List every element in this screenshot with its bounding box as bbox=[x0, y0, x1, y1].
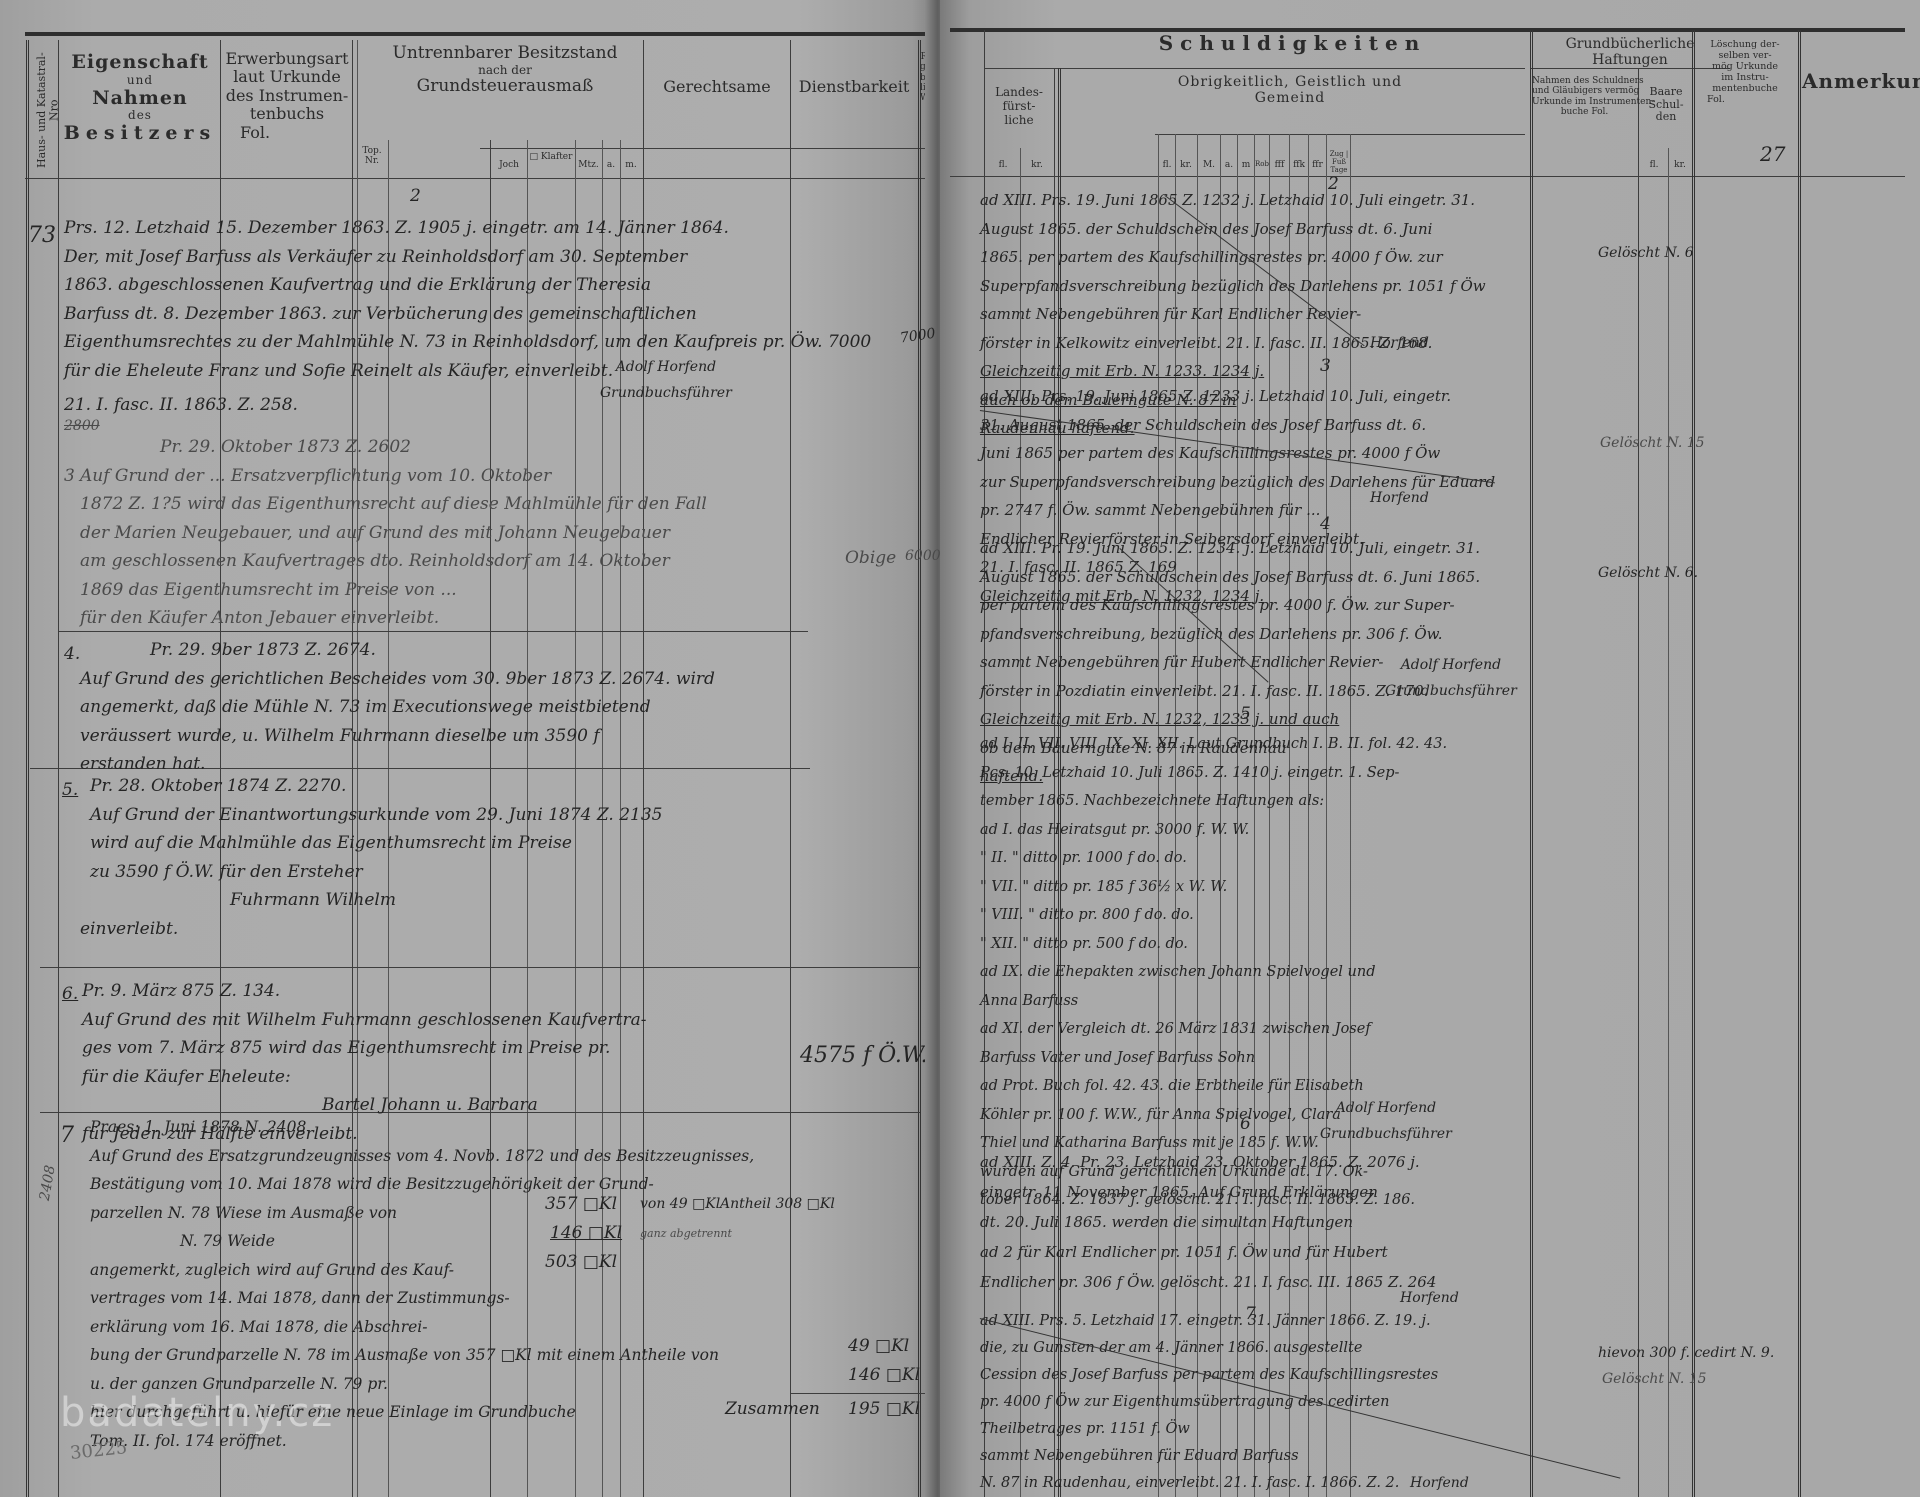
header-debts: Schuldigkeiten bbox=[1060, 32, 1525, 55]
header-unit: M. bbox=[1198, 160, 1220, 170]
entry-text: ad XIII. Z. 4. Pr. 23. Letzhaid 23. Okto… bbox=[980, 1147, 1436, 1297]
signature: Adolf Horfend Grundbuchsführer bbox=[1320, 1095, 1452, 1147]
sum-rule bbox=[790, 1393, 925, 1394]
entry-number: 3 bbox=[64, 462, 75, 491]
column-rule bbox=[1668, 148, 1669, 1497]
area-note: von 49 □Kl bbox=[640, 1191, 720, 1217]
header-unit-mtz: Mtz. bbox=[576, 160, 601, 170]
deletion-note: hievon 300 f. cedirt N. 9. bbox=[1598, 1340, 1774, 1366]
top-border bbox=[25, 32, 930, 36]
deletion-note: Gelöscht N. 15 bbox=[1602, 1366, 1707, 1392]
header-unit-joch: Joch bbox=[492, 160, 526, 170]
entry-number: 6 bbox=[1240, 1110, 1251, 1139]
header-unit-klafter: □ Klafter bbox=[528, 152, 574, 162]
header-unit-a: a. bbox=[603, 160, 619, 170]
area-note: Antheil 308 □Kl bbox=[720, 1191, 835, 1217]
right-page: Schuldigkeiten Landes- fürst- liche fl. … bbox=[940, 0, 1920, 1497]
entry-number: 6. bbox=[62, 980, 78, 1009]
header-servitude: Dienstbarkeit bbox=[792, 78, 916, 96]
header-house-no: Haus- und Katastral- Nro bbox=[36, 50, 61, 170]
entry-value: 4575 f Ö.W. bbox=[800, 1042, 928, 1071]
area-figure: 146 □Kl bbox=[550, 1219, 622, 1248]
left-page: Haus- und Katastral- Nro Eigenschaft und… bbox=[0, 0, 940, 1497]
signature: Horfend bbox=[1410, 1470, 1469, 1496]
header-rights: Gerechtsame bbox=[645, 78, 789, 96]
area-figure-total: 503 □Kl bbox=[545, 1248, 617, 1277]
entry-text: Prs. 12. Letzhaid 15. Dezember 1863. Z. … bbox=[64, 214, 871, 420]
area-figure: 357 □Kl bbox=[545, 1190, 617, 1219]
header-unit: m bbox=[1238, 160, 1254, 170]
header-debtor-names: Nahmen des Schuldners und Gläubigers ver… bbox=[1532, 76, 1637, 117]
deletion-note: Gelöscht N. 6 bbox=[1598, 240, 1694, 266]
header-bottom-rule bbox=[950, 176, 1905, 177]
column-rule bbox=[1638, 68, 1639, 1497]
header-unit: ffr bbox=[1309, 160, 1326, 170]
entry-value: 6000 bbox=[905, 542, 941, 571]
column-rule bbox=[1530, 30, 1533, 1497]
header-owner: Eigenschaft und Nahmen des Besitzers bbox=[62, 52, 218, 145]
sum-label: Zusammen bbox=[725, 1395, 820, 1424]
header-unit: fl. bbox=[1159, 160, 1175, 170]
signature: Horfend bbox=[1370, 330, 1429, 356]
entry-number: 3 bbox=[1320, 352, 1331, 381]
header-unit: a. bbox=[1221, 160, 1237, 170]
header-sovereign: Landes- fürst- liche bbox=[986, 86, 1052, 127]
area-units-rule bbox=[480, 148, 930, 149]
entry-number: 5 bbox=[1240, 700, 1251, 729]
header-unit: Rob bbox=[1255, 160, 1269, 168]
header-bottom-rule bbox=[25, 178, 930, 179]
header-unit: kr. bbox=[1176, 160, 1196, 170]
entry-text: Pr. 29. 9ber 1873 Z. 2674. Auf Grund des… bbox=[80, 636, 715, 779]
header-acquisition: Erwerbungsart laut Urkunde des Instrumen… bbox=[222, 50, 352, 142]
entry-number: 7 bbox=[60, 1122, 74, 1151]
entry-sub-number: 2 bbox=[410, 182, 421, 211]
area-note: ganz abgetrennt bbox=[640, 1221, 732, 1247]
column-rule bbox=[1798, 30, 1801, 1497]
units-rule bbox=[1155, 134, 1525, 135]
value-label: Obige bbox=[845, 544, 896, 573]
entry-text: Pr. 28. Oktober 1874 Z. 2270. Auf Grund … bbox=[90, 772, 662, 943]
header-unit: fff bbox=[1270, 160, 1289, 170]
signature: Adolf Horfend Grundbuchsführer bbox=[1385, 652, 1517, 704]
entry-rule bbox=[40, 967, 920, 968]
header-cash-debts: Baare Schul- den bbox=[1640, 86, 1692, 124]
entry-text: Pr. 29. Oktober 1873 Z. 2602 Auf Grund d… bbox=[80, 433, 707, 633]
sum-total: 195 □Kl bbox=[848, 1395, 920, 1424]
header-unit-kr: kr. bbox=[1022, 160, 1052, 170]
deletion-note: Gelöscht N. 15 bbox=[1600, 430, 1705, 456]
header-unit-fl: fl. bbox=[988, 160, 1018, 170]
deletion-note: Gelöscht N. 6. bbox=[1598, 560, 1698, 586]
column-rule bbox=[26, 40, 29, 1497]
header-deletion: Löschung der- selben ver- mög Urkunde im… bbox=[1695, 40, 1795, 106]
folio-number: 27 bbox=[1760, 140, 1785, 169]
column-rule bbox=[918, 40, 921, 1497]
header-unit: fl. bbox=[1640, 160, 1668, 170]
header-remark: Anmerkung. bbox=[1802, 70, 1912, 93]
debts-header-rule bbox=[985, 68, 1525, 69]
header-unit: kr. bbox=[1669, 160, 1691, 170]
watermark: badatelny.cz bbox=[60, 1390, 334, 1436]
header-authority: Obrigkeitlich, Geistlich und Gemeind bbox=[1080, 74, 1500, 106]
entry-number: 5. bbox=[62, 776, 78, 805]
header-holding: Untrennbarer Besitzstand nach der Grunds… bbox=[370, 44, 640, 97]
sum-line: 146 □Kl bbox=[848, 1361, 920, 1390]
entry-number: 73 bbox=[28, 222, 56, 251]
header-unit: ffk bbox=[1290, 160, 1308, 170]
signature: Adolf Horfend Grundbuchsführer bbox=[600, 354, 732, 406]
entry-value: 7000 bbox=[898, 320, 937, 353]
header-unit-m: m. bbox=[621, 160, 641, 170]
header-top-nr: Top. Nr. bbox=[358, 146, 386, 167]
signature: Horfend bbox=[1370, 485, 1429, 511]
archive-stamp: 30225 bbox=[69, 1437, 128, 1464]
sum-line: 49 □Kl bbox=[848, 1332, 909, 1361]
entry-number: 4. bbox=[64, 640, 80, 669]
